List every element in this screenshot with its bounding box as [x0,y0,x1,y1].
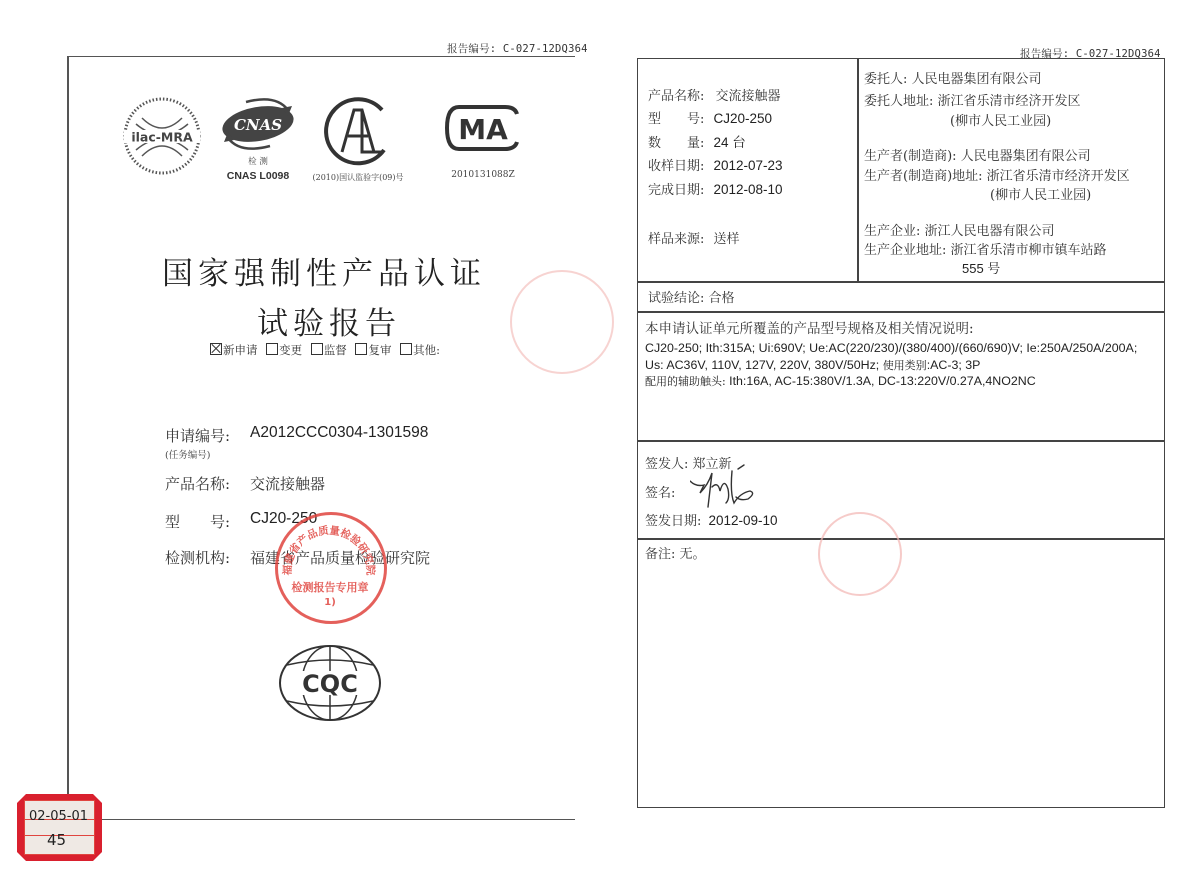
page-border-left [67,56,69,820]
cma-logo: MA [443,104,523,152]
conclusion-row: 试验结论: 合格 [648,287,735,306]
svg-text:CNAS: CNAS [234,116,282,134]
cma-caption: 2010131088Z [433,170,533,180]
file-tag: 02-05-01 45 [24,800,95,855]
received-date-row: 收样日期: 2012-07-23 [648,155,783,174]
checkbox-new-application[interactable]: 新申请 [210,343,258,357]
application-type-checkboxes: 新申请 变更 监督 复审 其他: [210,342,445,358]
report-number-label: 报告编号: [447,43,496,55]
page-subtitle: 试验报告 [257,298,401,343]
product-name-value: 交流接触器 [250,473,325,494]
application-no-label: 申请编号: [165,425,230,446]
checkbox-icon [311,343,323,355]
checkbox-supervision[interactable]: 监督 [311,343,347,357]
svg-text:ilac-MRA: ilac-MRA [131,130,193,145]
application-no-note: (任务编号) [165,447,210,461]
cnas-logo: CNAS [218,96,298,152]
file-tag-line2: 45 [47,831,66,849]
product-name-label: 产品名称: [165,473,230,494]
completed-date-row: 完成日期: 2012-08-10 [648,179,783,198]
spec-heading: 本申请认证单元所覆盖的产品型号规格及相关情况说明: [645,317,974,337]
page-border-bottom [60,819,575,820]
stamp-bottom-text: 1) [290,597,370,608]
row-divider [637,311,1165,313]
manufacturer-row: 生产者(制造商): 人民电器集团有限公司 [864,145,1091,164]
signature-label: 签名: [645,482,675,501]
manufacturer-address-line2: (柳市人民工业园) [990,184,1091,203]
svg-text:CQC: CQC [302,670,358,698]
checkbox-change[interactable]: 变更 [266,343,302,357]
model-label: 型 号: [165,511,230,532]
issue-date-row: 签发日期: 2012-09-10 [645,510,778,529]
spec-line-2: Us: AC36V, 110V, 127V, 220V, 380V/50Hz; … [645,357,980,373]
page-border-top [67,56,575,57]
model-row: 型 号: CJ20-250 [648,108,772,127]
svg-text:MA: MA [458,113,508,146]
report-number-value: C-027-12DQ364 [503,43,588,55]
factory-address-row: 生产企业地址: 浙江省乐清市柳市镇车站路 [864,239,1107,258]
factory-address-line2: 555 号 [962,258,1000,277]
cnas-caption-top: 检 测 [233,155,283,167]
factory-row: 生产企业: 浙江人民电器有限公司 [864,220,1055,239]
cqc-logo: CQC [277,643,383,723]
row-divider [637,440,1165,442]
product-name-row: 产品名称: 交流接触器 [648,85,781,104]
faint-stamp-gutter [510,270,614,374]
stamp-middle-text: 检测报告专用章 [290,579,370,595]
spec-line-1: CJ20-250; Ith:315A; Ui:690V; Ue:AC(220/2… [645,341,1137,355]
client-address-line2: (柳市人民工业园) [950,110,1051,129]
cnas-caption: CNAS L0098 [208,170,308,182]
ilac-mra-logo: ilac-MRA [122,96,202,176]
checkbox-review[interactable]: 复审 [355,343,391,357]
handwritten-signature [690,463,770,513]
faint-stamp-right [818,512,902,596]
file-tag-line1: 02-05-01 [29,809,88,824]
row-divider [637,281,1165,283]
lab-label: 检测机构: [165,547,230,568]
svg-text:福建省产品质量检验研究院: 福建省产品质量检验研究院 [281,524,377,577]
remarks-row: 备注: 无。 [645,543,706,562]
checkbox-icon [400,343,412,355]
checkbox-icon [266,343,278,355]
official-stamp: 福建省产品质量检验研究院 检测报告专用章 1) [275,512,387,624]
spec-line-3: 配用的辅助触头: Ith:16A, AC-15:380V/1.3A, DC-13… [645,373,1036,389]
sample-source-row: 样品来源: 送样 [648,228,740,247]
column-divider [857,58,859,281]
checkbox-icon [355,343,367,355]
client-address-row: 委托人地址: 浙江省乐清市经济开发区 [864,90,1081,109]
checkbox-other[interactable]: 其他: [400,343,440,357]
cal-logo [322,96,394,168]
manufacturer-address-row: 生产者(制造商)地址: 浙江省乐清市经济开发区 [864,165,1130,184]
row-divider [637,538,1165,540]
report-number: 报告编号: C-027-12DQ364 [447,41,588,56]
cal-caption: (2010)国认监验字(09)号 [308,172,408,183]
application-no-value: A2012CCC0304-1301598 [250,424,428,442]
page-title: 国家强制性产品认证 [162,248,486,293]
checkbox-checked-icon [210,343,222,355]
client-row: 委托人: 人民电器集团有限公司 [864,68,1042,87]
quantity-row: 数 量: 24 台 [648,131,746,151]
